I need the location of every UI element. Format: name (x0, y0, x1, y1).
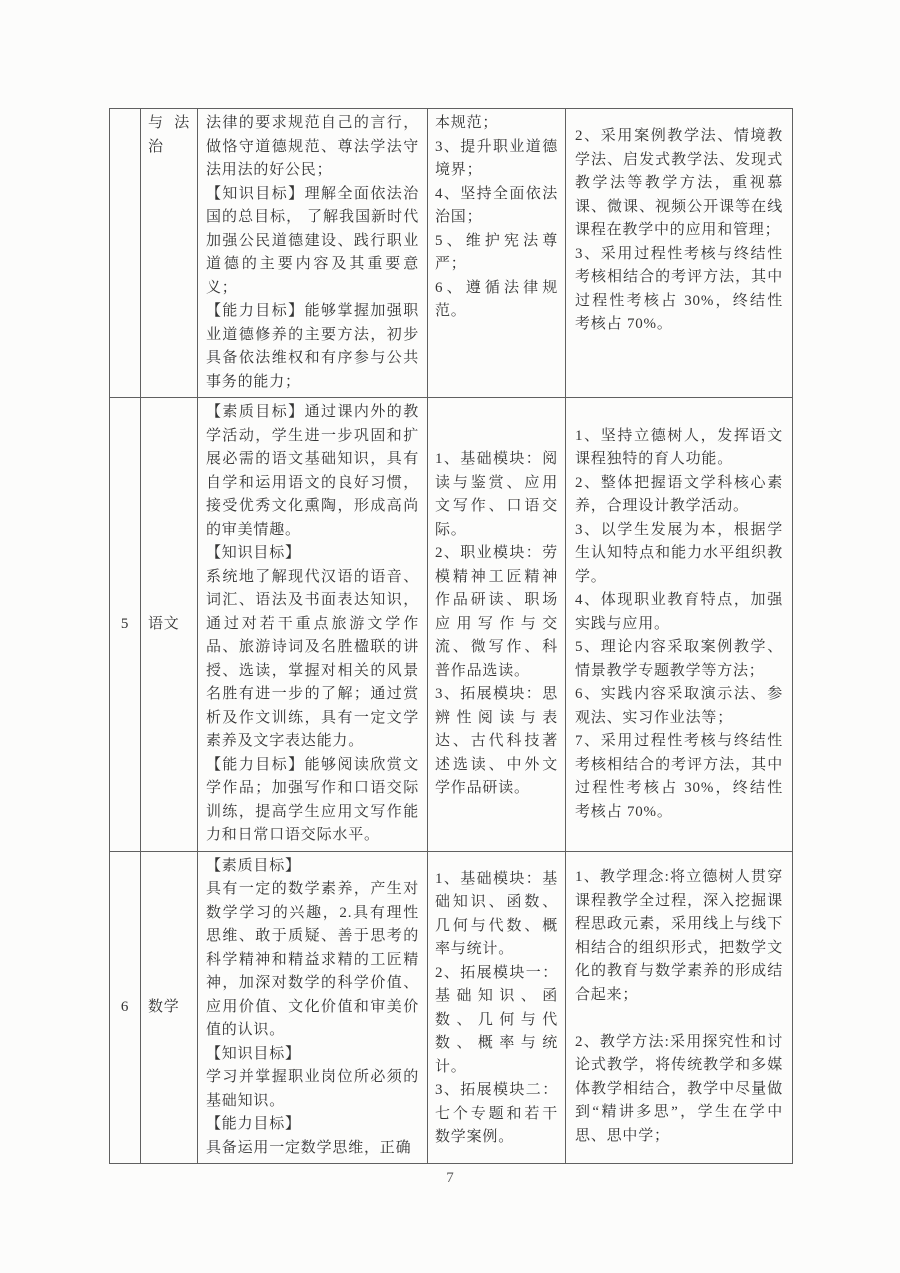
cell-row-number: 6 (110, 851, 141, 1164)
cell-teaching-methods: 1、教学理念:将立德树人贯穿课程教学全过程，深入挖掘课程思政元素，采用线上与线下… (566, 851, 793, 1164)
cell-teaching-modules: 1、基础模块：基础知识、函数、几何与代数、概率与统计。 2、拓展模块一：基础知识… (428, 851, 566, 1164)
table-row-math: 6 数学 【素质目标】 具有一定的数学素养，产生对数学学习的兴趣，2.具有理性思… (110, 851, 793, 1164)
table-row-morality-law: 与法治 法律的要求规范自己的言行，做恪守道德规范、尊法学法守法用法的好公民； 【… (110, 109, 793, 398)
cell-subject-name: 与法治 (141, 109, 198, 398)
cell-teaching-modules: 1、基础模块：阅读与鉴赏、应用文写作、口语交际。 2、职业模块：劳模精神工匠精神… (428, 398, 566, 852)
page-number: 7 (0, 1170, 900, 1187)
document-page: 与法治 法律的要求规范自己的言行，做恪守道德规范、尊法学法守法用法的好公民； 【… (0, 0, 900, 1273)
cell-course-objectives: 法律的要求规范自己的言行，做恪守道德规范、尊法学法守法用法的好公民； 【知识目标… (198, 109, 428, 398)
cell-teaching-methods: 1、坚持立德树人，发挥语文课程独特的育人功能。 2、整体把握语文学科核心素养，合… (566, 398, 793, 852)
cell-subject-name: 语文 (141, 398, 198, 852)
cell-subject-name: 数学 (141, 851, 198, 1164)
cell-row-number: 5 (110, 398, 141, 852)
cell-course-objectives: 【素质目标】 具有一定的数学素养，产生对数学学习的兴趣，2.具有理性思维、敢于质… (198, 851, 428, 1164)
table-row-chinese: 5 语文 【素质目标】通过课内外的教学活动，学生进一步巩固和扩展必需的语文基础知… (110, 398, 793, 852)
cell-teaching-modules: 本规范； 3、提升职业道德境界； 4、坚持全面依法治国； 5、维护宪法尊严； 6… (428, 109, 566, 398)
cell-course-objectives: 【素质目标】通过课内外的教学活动，学生进一步巩固和扩展必需的语文基础知识，具有自… (198, 398, 428, 852)
curriculum-table: 与法治 法律的要求规范自己的言行，做恪守道德规范、尊法学法守法用法的好公民； 【… (109, 108, 793, 1164)
cell-row-number (110, 109, 141, 398)
cell-teaching-methods: 2、采用案例教学法、情境教学法、启发式教学法、发现式教学法等教学方法，重视慕课、… (566, 109, 793, 398)
